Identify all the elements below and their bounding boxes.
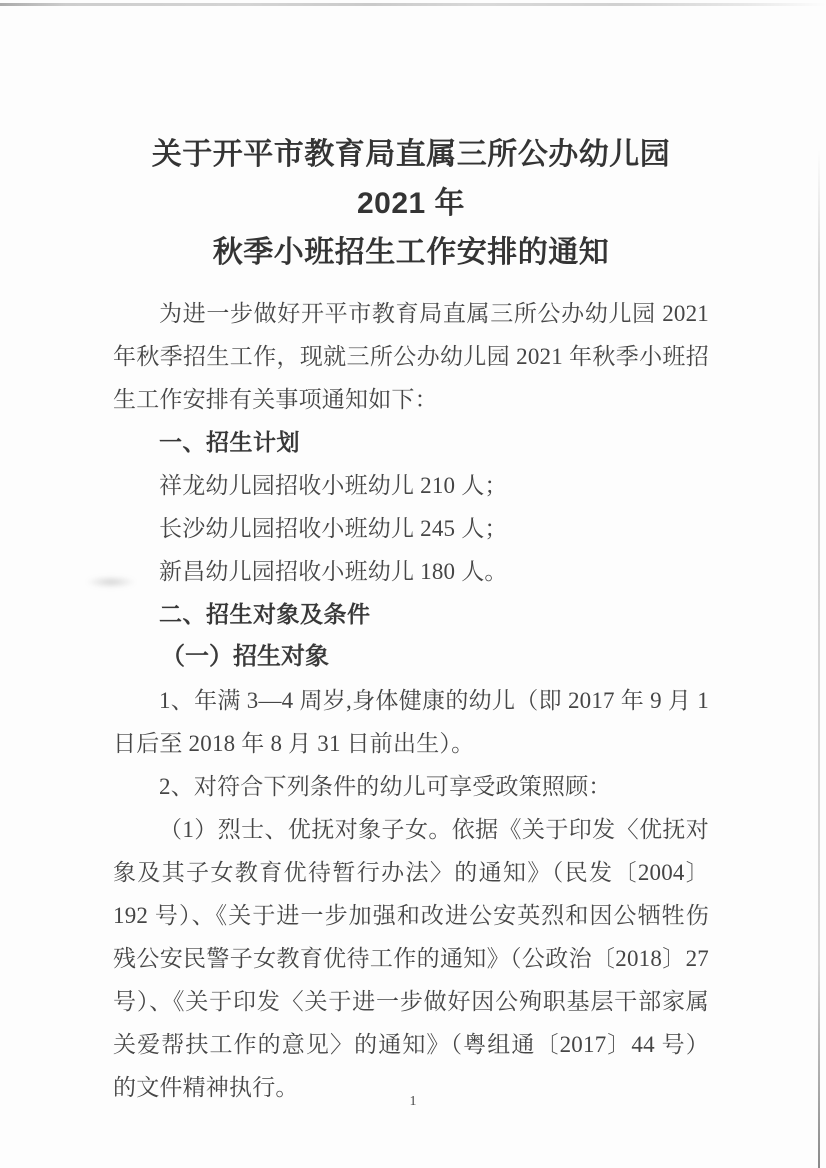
subsection-1-heading: （一）招生对象 bbox=[113, 636, 709, 679]
title-line-1: 关于开平市教育局直属三所公办幼儿园 2021 年 bbox=[113, 130, 709, 228]
plan-item-changsha: 长沙幼儿园招收小班幼儿 245 人； bbox=[113, 507, 709, 550]
plan-item-xianglong: 祥龙幼儿园招收小班幼儿 210 人； bbox=[113, 464, 709, 507]
section-1-heading: 一、招生计划 bbox=[113, 421, 709, 464]
scanned-document-page: 关于开平市教育局直属三所公办幼儿园 2021 年 秋季小班招生工作安排的通知 为… bbox=[0, 0, 826, 1168]
eligibility-paragraph-3: （1）烈士、优抚对象子女。依据《关于印发〈优抚对象及其子女教育优待暂行办法〉的通… bbox=[113, 808, 709, 1109]
intro-paragraph: 为进一步做好开平市教育局直属三所公办幼儿园 2021 年秋季招生工作，现就三所公… bbox=[113, 292, 709, 421]
eligibility-paragraph-2: 2、对符合下列条件的幼儿可享受政策照顾： bbox=[113, 765, 709, 808]
page-number: 1 bbox=[0, 1094, 826, 1110]
document-body: 关于开平市教育局直属三所公办幼儿园 2021 年 秋季小班招生工作安排的通知 为… bbox=[113, 0, 709, 1109]
eligibility-paragraph-1: 1、年满 3—4 周岁,身体健康的幼儿（即 2017 年 9 月 1 日后至 2… bbox=[113, 679, 709, 765]
title-line-2: 秋季小班招生工作安排的通知 bbox=[113, 228, 709, 277]
section-2-heading: 二、招生对象及条件 bbox=[113, 593, 709, 636]
scan-artifact-right-edge bbox=[818, 150, 820, 1168]
document-title: 关于开平市教育局直属三所公办幼儿园 2021 年 秋季小班招生工作安排的通知 bbox=[113, 130, 709, 277]
plan-item-xinchang: 新昌幼儿园招收小班幼儿 180 人。 bbox=[113, 550, 709, 593]
